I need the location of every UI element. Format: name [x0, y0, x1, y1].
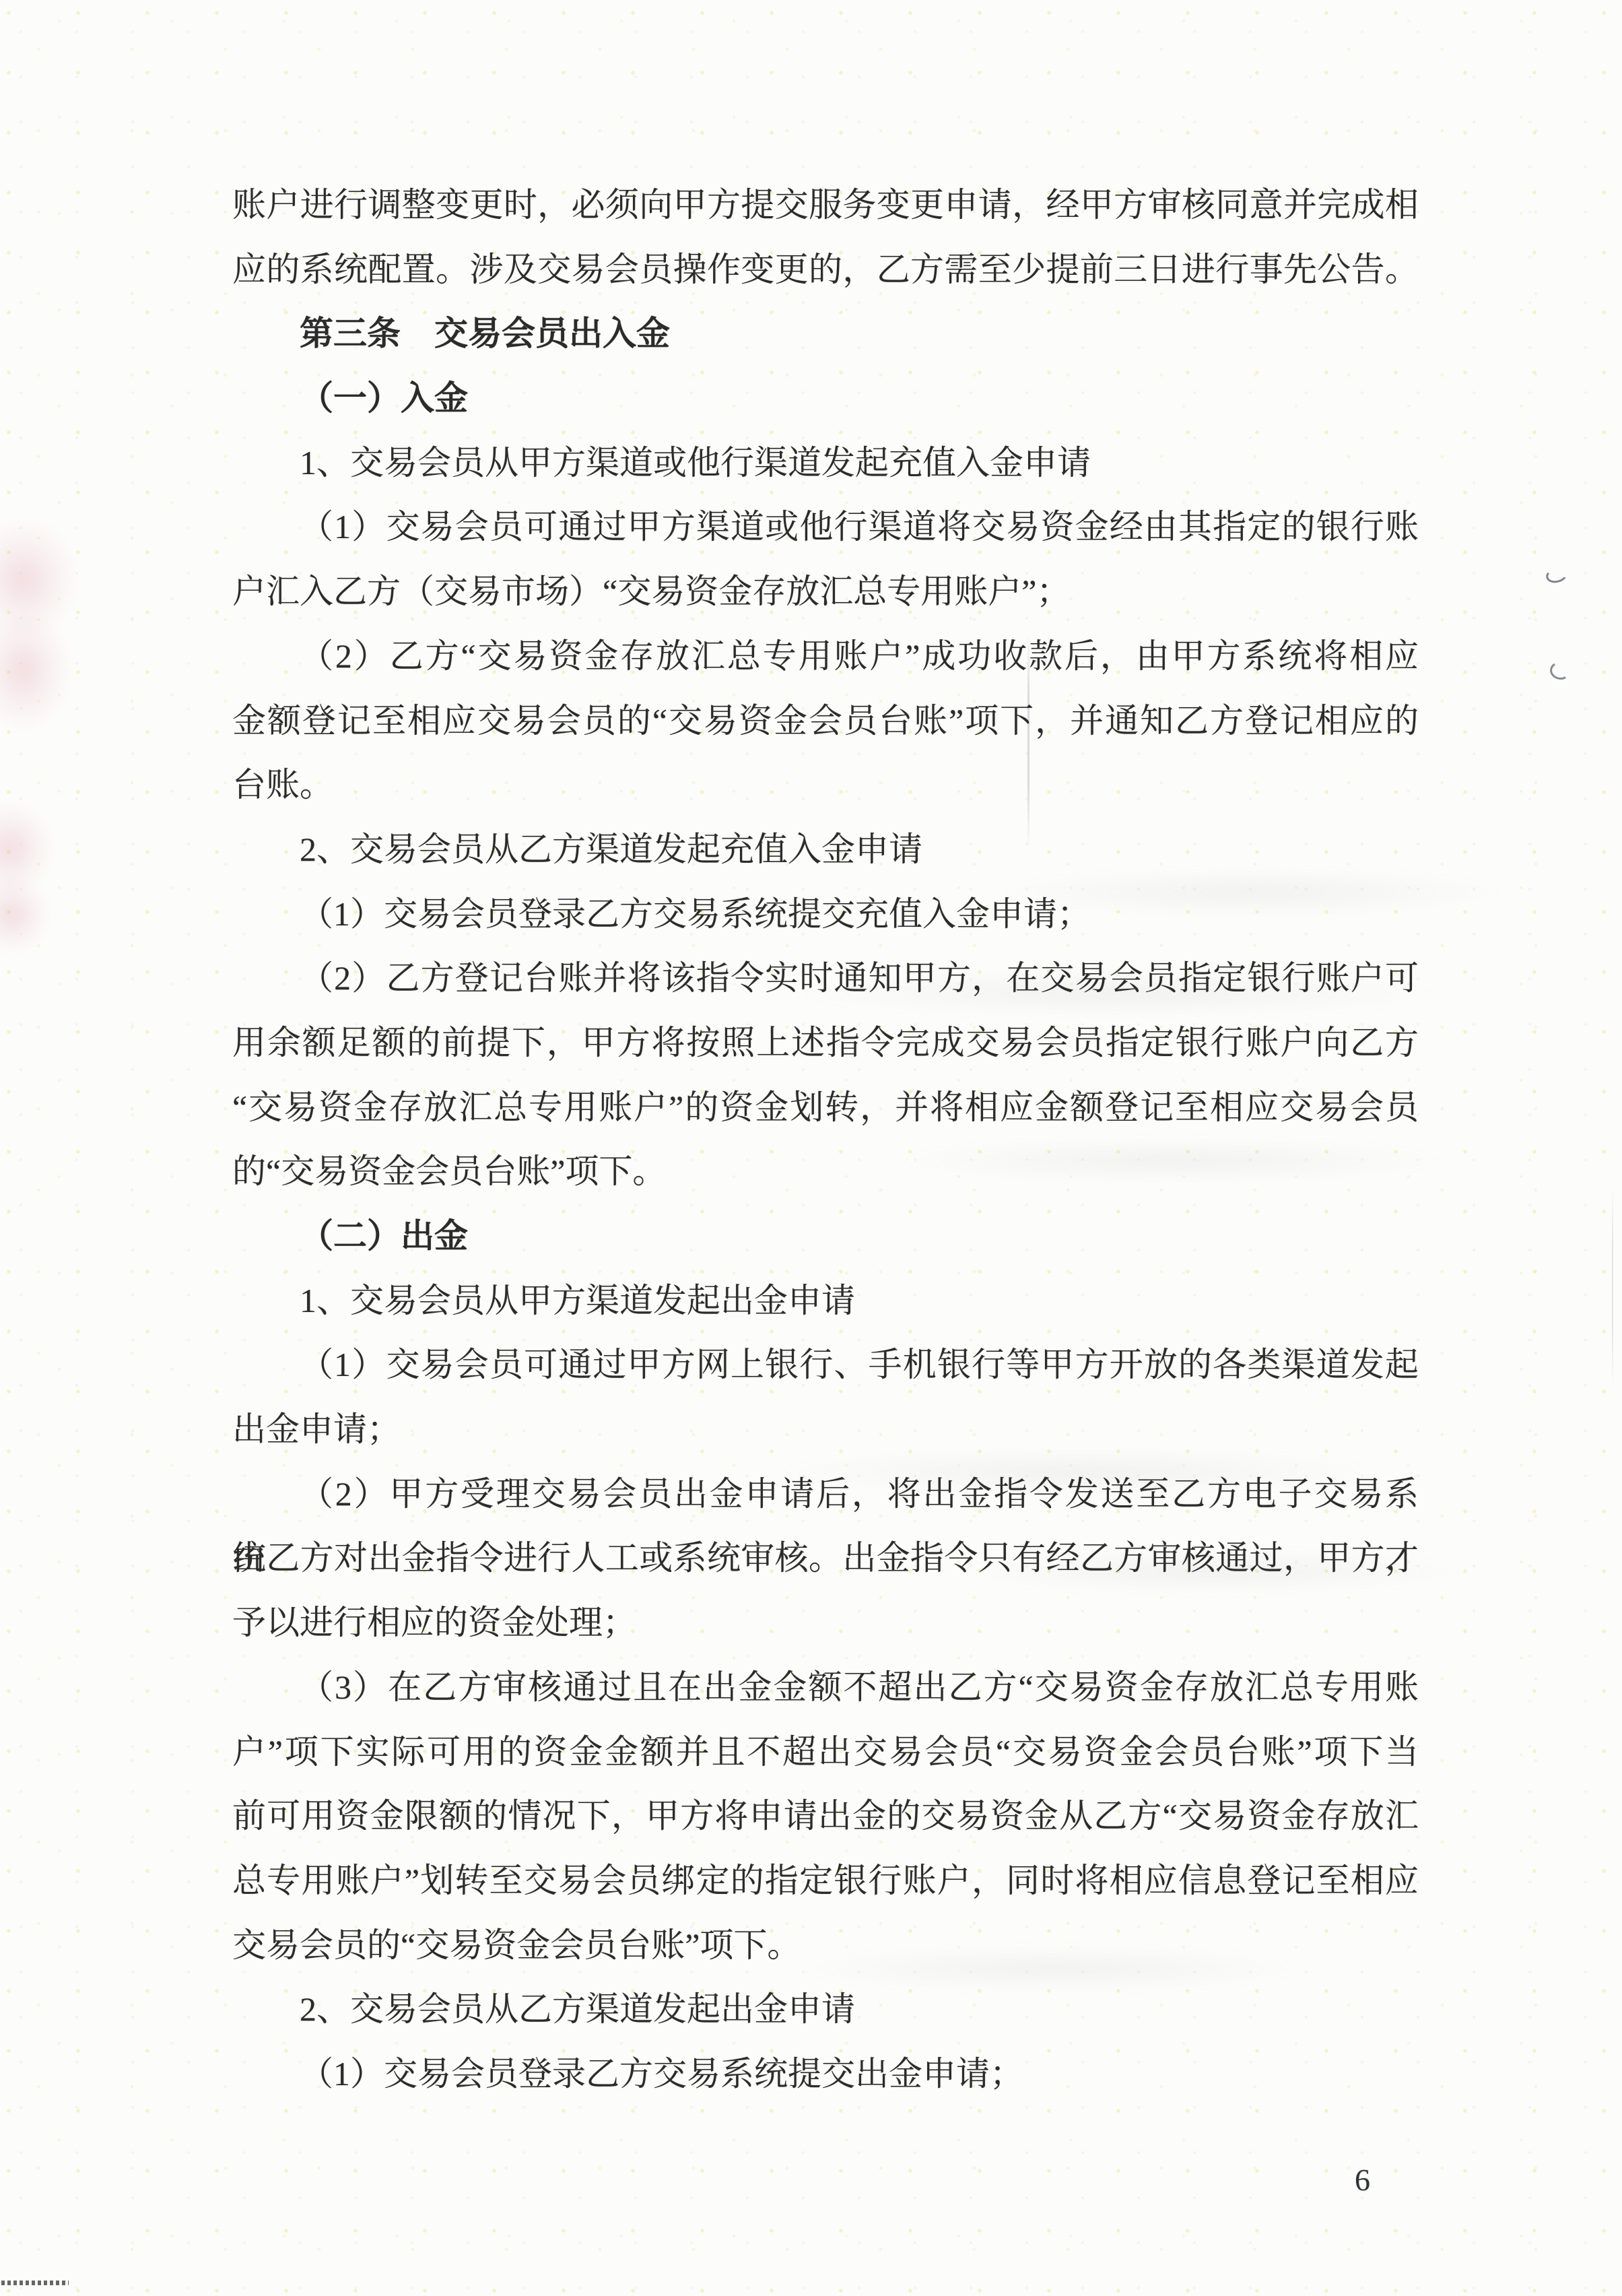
document-line: 2、交易会员从乙方渠道发起充值入金申请 [232, 818, 1419, 882]
document-body: 账户进行调整变更时，必须向甲方提交服务变更申请，经甲方审核同意并完成相应的系统配… [232, 173, 1419, 2107]
ink-bleed-smudge [0, 801, 54, 896]
document-line: （一）入金 [232, 366, 1419, 431]
document-line: 金额登记至相应交易会员的“交易资金会员台账”项下，并通知乙方登记相应的 [232, 689, 1419, 754]
document-line: 台账。 [232, 753, 1419, 818]
document-line: “交易资金存放汇总专用账户”的资金划转，并将相应金额登记至相应交易会员 [232, 1076, 1419, 1140]
document-line: 1、交易会员从甲方渠道发起出金申请 [232, 1269, 1419, 1334]
document-line: 2、交易会员从乙方渠道发起出金申请 [232, 1977, 1419, 2042]
document-line: 总专用账户”划转至交易会员绑定的指定银行账户，同时将相应信息登记至相应 [232, 1849, 1419, 1913]
document-line: （1）交易会员登录乙方交易系统提交出金申请； [232, 2042, 1419, 2107]
ink-bleed-smudge [0, 610, 71, 731]
document-line: （1）交易会员可通过甲方网上银行、手机银行等甲方开放的各类渠道发起 [232, 1333, 1419, 1398]
document-line: （1）交易会员登录乙方交易系统提交充值入金申请； [232, 882, 1419, 947]
document-line: 户”项下实际可用的资金金额并且不超出交易会员“交易资金会员台账”项下当 [232, 1720, 1419, 1785]
document-line: 出金申请； [232, 1398, 1419, 1462]
ink-bleed-smudge [0, 519, 77, 640]
document-line: 由乙方对出金指令进行人工或系统审核。出金指令只有经乙方审核通过，甲方才 [232, 1526, 1419, 1591]
scanned-contract-page: 账户进行调整变更时，必须向甲方提交服务变更申请，经甲方审核同意并完成相应的系统配… [0, 0, 1622, 2296]
document-line: 予以进行相应的资金处理； [232, 1591, 1419, 1655]
document-line: （3）在乙方审核通过且在出金金额不超出乙方“交易资金存放汇总专用账 [232, 1655, 1419, 1720]
document-line: 户汇入乙方（交易市场）“交易资金存放汇总专用账户”； [232, 560, 1419, 624]
ink-bleed-smudge [0, 876, 50, 953]
document-line: （2）甲方受理交易会员出金申请后，将出金指令发送至乙方电子交易系统， [232, 1462, 1419, 1527]
document-line: 用余额足额的前提下，甲方将按照上述指令完成交易会员指定银行账户向乙方 [232, 1011, 1419, 1076]
pen-mark [1545, 565, 1569, 585]
document-line: （2）乙方“交易资金存放汇总专用账户”成功收款后，由甲方系统将相应 [232, 624, 1419, 689]
document-line: （1）交易会员可通过甲方渠道或他行渠道将交易资金经由其指定的银行账 [232, 495, 1419, 560]
paper-crease [1612, 1185, 1613, 1387]
page-number: 6 [1355, 2160, 1370, 2200]
document-line: 第三条 交易会员出入金 [232, 302, 1419, 366]
document-line: 1、交易会员从甲方渠道或他行渠道发起充值入金申请 [232, 431, 1419, 496]
pen-mark [1549, 660, 1572, 682]
document-line: 账户进行调整变更时，必须向甲方提交服务变更申请，经甲方审核同意并完成相 [232, 173, 1419, 238]
document-line: 应的系统配置。涉及交易会员操作变更的，乙方需至少提前三日进行事先公告。 [232, 238, 1419, 302]
document-line: 交易会员的“交易资金会员台账”项下。 [232, 1913, 1419, 1978]
document-line: 前可用资金限额的情况下，甲方将申请出金的交易资金从乙方“交易资金存放汇 [232, 1784, 1419, 1849]
document-line: （二）出金 [232, 1204, 1419, 1269]
scanner-artifact-dashes [1, 2281, 69, 2285]
document-line: 的“交易资金会员台账”项下。 [232, 1140, 1419, 1204]
document-line: （2）乙方登记台账并将该指令实时通知甲方，在交易会员指定银行账户可 [232, 946, 1419, 1011]
